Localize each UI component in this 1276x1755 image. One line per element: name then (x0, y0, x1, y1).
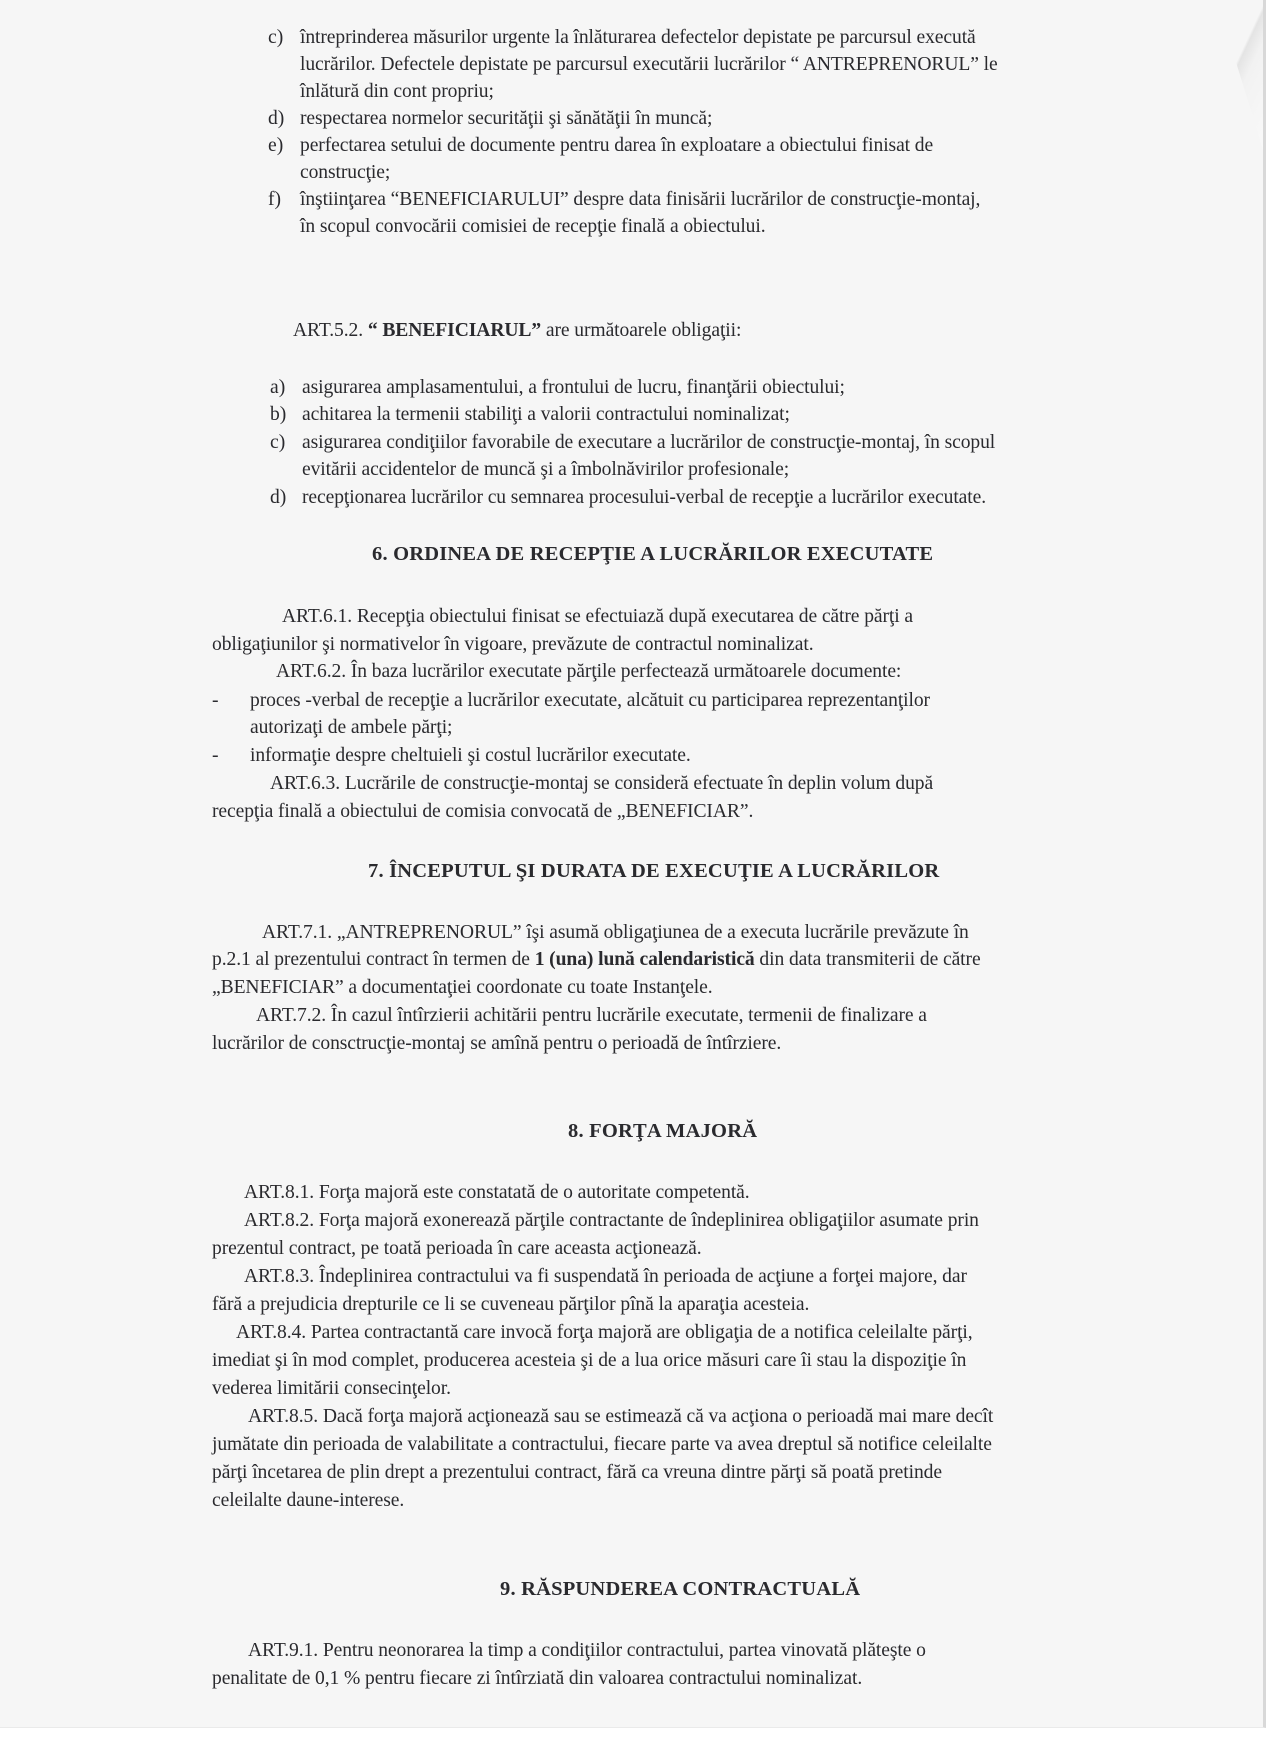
article-line: ART.8.4. Partea contractantă care invocă… (236, 1320, 973, 1346)
section-heading: 9. RĂSPUNDEREA CONTRACTUALĂ (500, 1578, 860, 1601)
article-line: „BENEFICIAR” a documentaţiei coordonate … (212, 975, 713, 1001)
section-heading: 8. FORŢA MAJORĂ (568, 1120, 757, 1143)
list-item-line: achitarea la termenii stabiliţi a valori… (302, 402, 790, 428)
list-marker: d) (270, 485, 286, 511)
article-line: părţi încetarea de plin drept a prezentu… (212, 1460, 942, 1486)
article-line: ART.7.2. În cazul întîrzierii achitării … (256, 1003, 927, 1029)
list-marker: c) (270, 430, 285, 456)
list-item-line: construcţie; (300, 160, 390, 186)
section-heading: 7. ÎNCEPUTUL ŞI DURATA DE EXECUŢIE A LUC… (368, 860, 939, 883)
list-marker: a) (270, 375, 285, 401)
article-line: recepţia finală a obiectului de comisia … (212, 799, 753, 825)
bullet-marker: - (212, 743, 219, 769)
article-line: lucrărilor de consctrucţie-montaj se amî… (212, 1031, 781, 1057)
list-item-line: perfectarea setului de documente pentru … (300, 133, 933, 159)
list-item-line: înlătură din cont propriu; (300, 79, 494, 105)
bullet-line: proces -verbal de recepţie a lucrărilor … (250, 688, 930, 714)
article-line: ART.7.1. „ANTREPRENORUL” îşi asumă oblig… (262, 920, 969, 946)
article-line: ART.6.2. În baza lucrărilor executate pă… (276, 659, 901, 685)
list-item-line: în scopul convocării comisiei de recepţi… (300, 214, 766, 240)
article-line: ART.8.1. Forţa majoră este constatată de… (244, 1180, 750, 1206)
bullet-line: informaţie despre cheltuieli şi costul l… (250, 743, 691, 769)
bullet-line: autorizaţi de ambele părţi; (250, 715, 452, 741)
list-item-line: întreprinderea măsurilor urgente la înlă… (300, 25, 976, 51)
article-line: ART.8.2. Forţa majoră exonerează părţile… (244, 1208, 979, 1234)
article-line: imediat şi în mod complet, producerea ac… (212, 1348, 966, 1374)
bullet-marker: - (212, 688, 219, 714)
article-line: vederea limitării consecinţelor. (212, 1376, 451, 1402)
article-line: celeilalte daune-interese. (212, 1488, 404, 1514)
article-line: ART.6.1. Recepţia obiectului finisat se … (282, 604, 913, 630)
article-line: ART.9.1. Pentru neonorarea la timp a con… (248, 1638, 926, 1664)
list-item-line: asigurarea amplasamentului, a frontului … (302, 375, 845, 401)
list-item-line: înştiinţarea “BENEFICIARULUI” despre dat… (300, 187, 980, 213)
scanned-page: c) întreprinderea măsurilor urgente la î… (0, 0, 1266, 1728)
list-item-line: recepţionarea lucrărilor cu semnarea pro… (302, 485, 986, 511)
list-marker: b) (270, 402, 286, 428)
art-5-2: ART.5.2. “ BENEFICIARUL” are următoarele… (293, 318, 741, 344)
article-line: ART.8.5. Dacă forţa majoră acţionează sa… (248, 1404, 993, 1430)
article-line: obligaţiunilor şi normativelor în vigoar… (212, 632, 814, 658)
article-line: prezentul contract, pe toată perioada în… (212, 1236, 702, 1262)
list-marker: e) (268, 133, 283, 159)
article-line: ART.8.3. Îndeplinirea contractului va fi… (244, 1264, 967, 1290)
list-marker: d) (268, 106, 284, 132)
page-curl (1196, 0, 1266, 160)
list-item-line: respectarea normelor securităţii şi sănă… (300, 106, 712, 132)
list-item-line: lucrărilor. Defectele depistate pe parcu… (300, 52, 998, 78)
list-marker: f) (268, 187, 281, 213)
article-line: jumătate din perioada de valabilitate a … (212, 1432, 992, 1458)
article-line: p.2.1 al prezentului contract în termen … (212, 947, 981, 973)
section-heading: 6. ORDINEA DE RECEPŢIE A LUCRĂRILOR EXEC… (372, 543, 933, 566)
article-line: penalitate de 0,1 % pentru fiecare zi în… (212, 1666, 862, 1692)
article-line: fără a prejudicia drepturile ce li se cu… (212, 1292, 809, 1318)
list-item-line: evitării accidentelor de muncă şi a îmbo… (302, 457, 789, 483)
list-item-line: asigurarea condiţiilor favorabile de exe… (302, 430, 995, 456)
list-marker: c) (268, 25, 283, 51)
article-line: ART.6.3. Lucrările de construcţie-montaj… (270, 771, 933, 797)
